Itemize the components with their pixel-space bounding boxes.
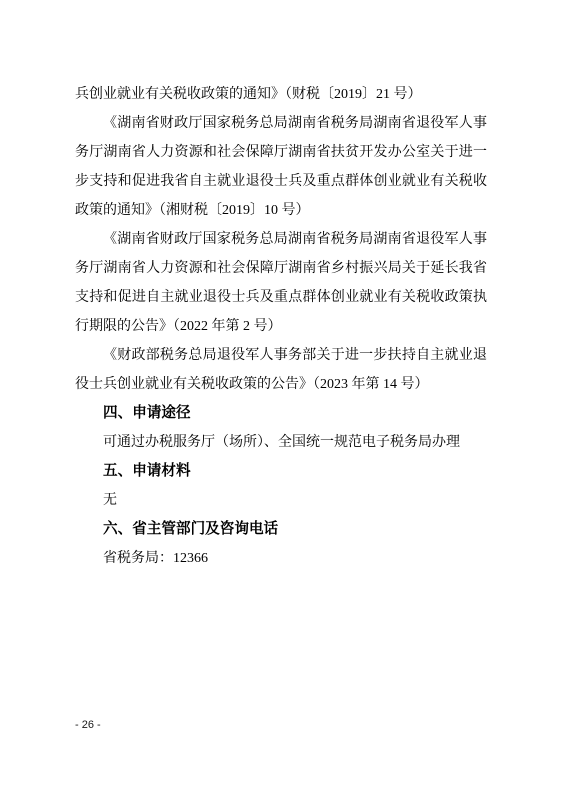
- page-number: - 26 -: [75, 715, 101, 735]
- section-heading: 四、申请途径: [75, 399, 487, 428]
- section-heading: 五、申请材料: [75, 457, 487, 486]
- paragraph: 《财政部税务总局退役军人事务部关于进一步扶持自主就业退役士兵创业就业有关税收政策…: [75, 341, 487, 399]
- section-heading: 六、省主管部门及咨询电话: [75, 515, 487, 544]
- paragraph: 《湖南省财政厅国家税务总局湖南省税务局湖南省退役军人事务厅湖南省人力资源和社会保…: [75, 225, 487, 341]
- paragraph: 可通过办税服务厅（场所）、全国统一规范电子税务局办理: [75, 428, 487, 457]
- document-page: 兵创业就业有关税收政策的通知》（财税〔2019〕21 号）《湖南省财政厅国家税务…: [0, 0, 561, 793]
- paragraph: 兵创业就业有关税收政策的通知》（财税〔2019〕21 号）: [75, 80, 487, 109]
- paragraph: 省税务局：12366: [75, 544, 487, 573]
- paragraph: 无: [75, 486, 487, 515]
- paragraph: 《湖南省财政厅国家税务总局湖南省税务局湖南省退役军人事务厅湖南省人力资源和社会保…: [75, 109, 487, 225]
- document-body: 兵创业就业有关税收政策的通知》（财税〔2019〕21 号）《湖南省财政厅国家税务…: [75, 80, 487, 573]
